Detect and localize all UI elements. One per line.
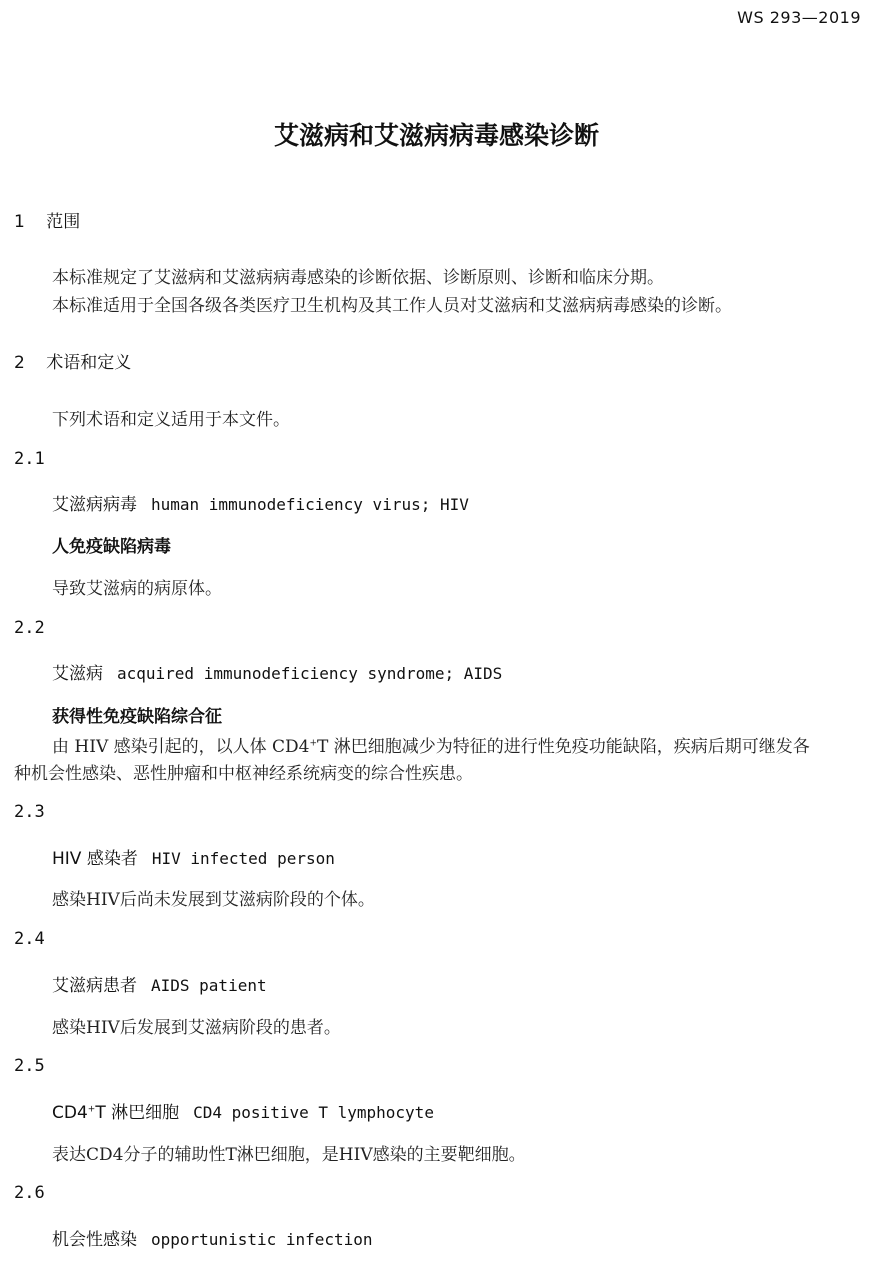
term-cn: 艾滋病病毒 bbox=[52, 495, 137, 515]
term-cn-prefix: CD4 bbox=[52, 1103, 88, 1123]
superscript: + bbox=[309, 738, 317, 748]
term-alt: 人免疫缺陷病毒 bbox=[52, 532, 171, 557]
term-en: CD4 positive T lymphocyte bbox=[193, 1103, 434, 1122]
term-alt: 获得性免疫缺陷综合征 bbox=[52, 702, 222, 727]
term-en: HIV infected person bbox=[152, 849, 335, 868]
term-definition: 导致艾滋病的病原体。 bbox=[52, 574, 222, 599]
term-cn: CD4+T 淋巴细胞 bbox=[52, 1103, 179, 1123]
term-number: 2.4 bbox=[14, 929, 45, 949]
paragraph: 本标准适用于全国各级各类医疗卫生机构及其工作人员对艾滋病和艾滋病病毒感染的诊断。 bbox=[52, 291, 732, 316]
paragraph: 本标准规定了艾滋病和艾滋病病毒感染的诊断依据、诊断原则、诊断和临床分期。 bbox=[52, 263, 664, 288]
definition-text: 由 HIV 感染引起的，以人体 CD4 bbox=[52, 737, 309, 757]
term-en: opportunistic infection bbox=[151, 1230, 373, 1249]
term-en: acquired immunodeficiency syndrome; AIDS bbox=[117, 664, 502, 683]
definition-text: T 淋巴细胞减少为特征的进行性免疫功能缺陷，疾病后期可继发各 bbox=[317, 737, 810, 757]
document-title: 艾滋病和艾滋病病毒感染诊断 bbox=[0, 116, 873, 152]
term-definition: 感染HIV后发展到艾滋病阶段的患者。 bbox=[52, 1013, 341, 1038]
term-number: 2.1 bbox=[14, 449, 45, 469]
term-cn: 艾滋病 bbox=[52, 664, 103, 684]
section-title: 术语和定义 bbox=[46, 353, 131, 373]
term-en: AIDS patient bbox=[151, 976, 267, 995]
standard-number: WS 293—2019 bbox=[737, 8, 861, 27]
term-definition-line: 由 HIV 感染引起的，以人体 CD4+T 淋巴细胞减少为特征的进行性免疫功能缺… bbox=[52, 732, 810, 757]
term-definition-line: 种机会性感染、恶性肿瘤和中枢神经系统病变的综合性疾患。 bbox=[14, 759, 473, 784]
section-number: 2 bbox=[14, 353, 25, 373]
term-cn: 机会性感染 bbox=[52, 1230, 137, 1250]
section-title: 范围 bbox=[46, 212, 80, 232]
term-definition: 表达CD4分子的辅助性T淋巴细胞，是HIV感染的主要靶细胞。 bbox=[52, 1140, 526, 1165]
term-cn: 艾滋病患者 bbox=[52, 976, 137, 996]
term-heading: CD4+T 淋巴细胞CD4 positive T lymphocyte bbox=[52, 1098, 434, 1123]
term-en: human immunodeficiency virus; HIV bbox=[151, 495, 469, 514]
term-cn: HIV 感染者 bbox=[52, 849, 138, 869]
term-number: 2.2 bbox=[14, 618, 45, 638]
term-definition: 感染HIV后尚未发展到艾滋病阶段的个体。 bbox=[52, 885, 375, 910]
term-number: 2.3 bbox=[14, 802, 45, 822]
term-heading: 机会性感染opportunistic infection bbox=[52, 1225, 373, 1250]
section-1-heading: 1 范围 bbox=[14, 207, 80, 232]
section-number: 1 bbox=[14, 212, 25, 232]
term-heading: HIV 感染者HIV infected person bbox=[52, 844, 335, 869]
term-heading: 艾滋病acquired immunodeficiency syndrome; A… bbox=[52, 659, 502, 684]
term-number: 2.6 bbox=[14, 1183, 45, 1203]
paragraph: 下列术语和定义适用于本文件。 bbox=[52, 405, 290, 430]
term-heading: 艾滋病患者AIDS patient bbox=[52, 971, 267, 996]
section-2-heading: 2 术语和定义 bbox=[14, 348, 131, 373]
term-cn-suffix: T 淋巴细胞 bbox=[95, 1103, 179, 1123]
term-number: 2.5 bbox=[14, 1056, 45, 1076]
term-heading: 艾滋病病毒human immunodeficiency virus; HIV bbox=[52, 490, 469, 515]
